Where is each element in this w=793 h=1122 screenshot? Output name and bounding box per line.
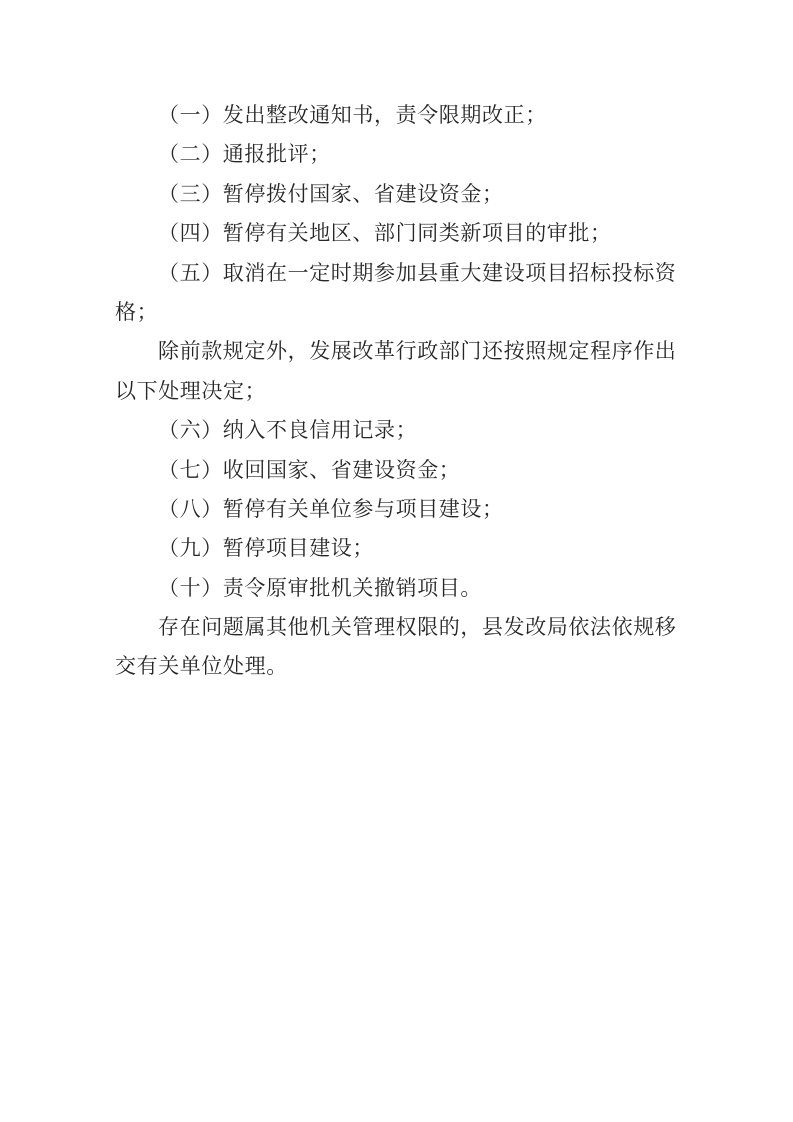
document-line: （一）发出整改通知书，责令限期改正；	[115, 96, 681, 135]
document-line: （五）取消在一定时期参加县重大建设项目招标投标资	[115, 254, 681, 293]
document-line: （三）暂停拨付国家、省建设资金；	[115, 175, 681, 214]
document-line: 交有关单位处理。	[115, 647, 681, 686]
document-line: （六）纳入不良信用记录；	[115, 411, 681, 450]
document-line: （二）通报批评；	[115, 135, 681, 174]
document-body: （一）发出整改通知书，责令限期改正； （二）通报批评； （三）暂停拨付国家、省建…	[115, 96, 681, 687]
document-line: 格；	[115, 293, 681, 332]
document-line: 除前款规定外，发展改革行政部门还按照规定程序作出	[115, 332, 681, 371]
document-line: 存在问题属其他机关管理权限的，县发改局依法依规移	[115, 608, 681, 647]
document-page: （一）发出整改通知书，责令限期改正； （二）通报批评； （三）暂停拨付国家、省建…	[0, 0, 793, 1122]
document-line: （十）责令原审批机关撤销项目。	[115, 569, 681, 608]
document-line: 以下处理决定；	[115, 372, 681, 411]
document-line: （八）暂停有关单位参与项目建设；	[115, 490, 681, 529]
document-line: （四）暂停有关地区、部门同类新项目的审批；	[115, 214, 681, 253]
document-line: （七）收回国家、省建设资金；	[115, 451, 681, 490]
document-line: （九）暂停项目建设；	[115, 529, 681, 568]
